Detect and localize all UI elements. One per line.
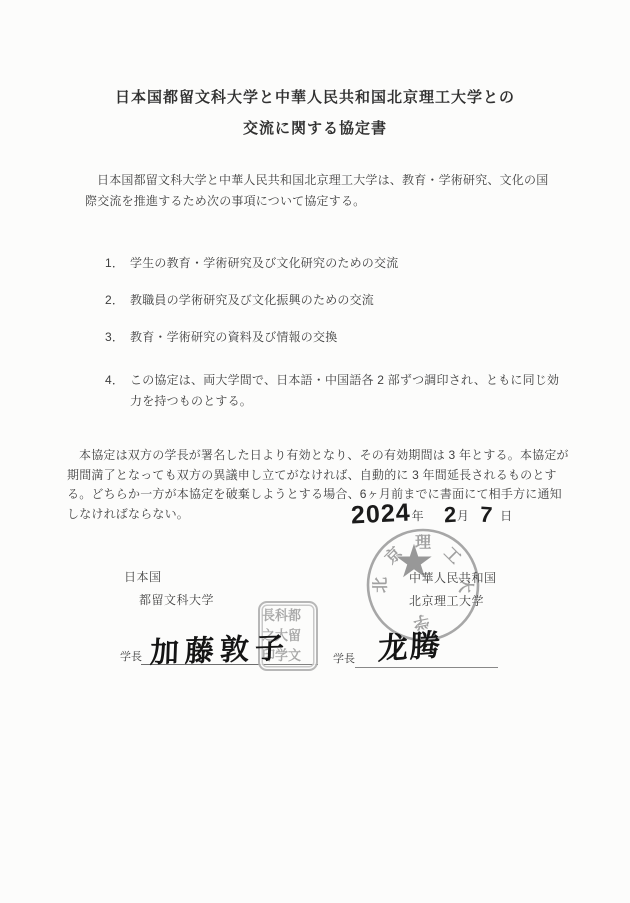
item-text: 教育・学術研究の資料及び情報の交換 [130, 327, 337, 348]
item-number: 3． [105, 327, 130, 348]
party-china-university: 北京理工大学 [409, 590, 497, 613]
president-label-left: 学長 [120, 648, 142, 664]
item-text: 学生の教育・学術研究及び文化研究のための交流 [130, 253, 398, 274]
handwritten-month: 2 [443, 502, 458, 529]
item-text: 教職員の学術研究及び文化振興のための交流 [130, 290, 374, 311]
item-number: 4． [105, 370, 130, 412]
document-title: 日本国都留文科大学と中華人民共和国北京理工大学との 交流に関する協定書 [0, 82, 630, 144]
agreement-item-4: 4． この協定は、両大学間で、日本語・中国語各 2 部ずつ調印され、ともに同じ効… [105, 370, 560, 412]
party-japan-university: 都留文科大学 [124, 589, 214, 612]
agreement-item-2: 2． 教職員の学術研究及び文化振興のための交流 [105, 290, 560, 311]
intro-paragraph: 日本国都留文科大学と中華人民共和国北京理工大学は、教育・学術研究、文化の国際交流… [85, 170, 551, 211]
stamp-char: 北 [372, 577, 390, 593]
item-number: 1． [105, 253, 130, 274]
document-title-line1: 日本国都留文科大学と中華人民共和国北京理工大学との [0, 82, 630, 113]
party-china: 中華人民共和国 北京理工大学 [409, 567, 497, 613]
agreement-item-3: 3． 教育・学術研究の資料及び情報の交換 [105, 327, 560, 348]
day-unit-label: 日 [500, 507, 512, 524]
handwritten-signature-right: 龙腾 [377, 620, 442, 669]
seal-row: 長科都 [262, 608, 314, 625]
stamp-char: 理 [415, 534, 432, 552]
party-china-country: 中華人民共和国 [409, 567, 497, 590]
year-unit-label: 年 [412, 507, 424, 524]
handwritten-year: 2024 [350, 498, 411, 530]
item-text: この協定は、両大学間で、日本語・中国語各 2 部ずつ調印され、ともに同じ効力を持… [130, 370, 560, 412]
handwritten-signature-left: 加藤敦子 [149, 626, 290, 672]
item-number: 2． [105, 290, 130, 311]
agreement-item-1: 1． 学生の教育・学術研究及び文化研究のための交流 [105, 253, 560, 274]
document-title-line2: 交流に関する協定書 [0, 113, 630, 144]
party-japan-country: 日本国 [124, 566, 214, 589]
party-japan: 日本国 都留文科大学 [124, 566, 214, 612]
agreement-document-scan: 日本国都留文科大学と中華人民共和国北京理工大学との 交流に関する協定書 日本国都… [0, 0, 630, 903]
stamp-char: 工 [440, 544, 463, 567]
date-line: 2024 年 2 月 7 日 [351, 500, 512, 529]
president-label-right: 学長 [333, 650, 355, 666]
handwritten-day: 7 [479, 502, 494, 529]
month-unit-label: 月 [457, 507, 469, 524]
